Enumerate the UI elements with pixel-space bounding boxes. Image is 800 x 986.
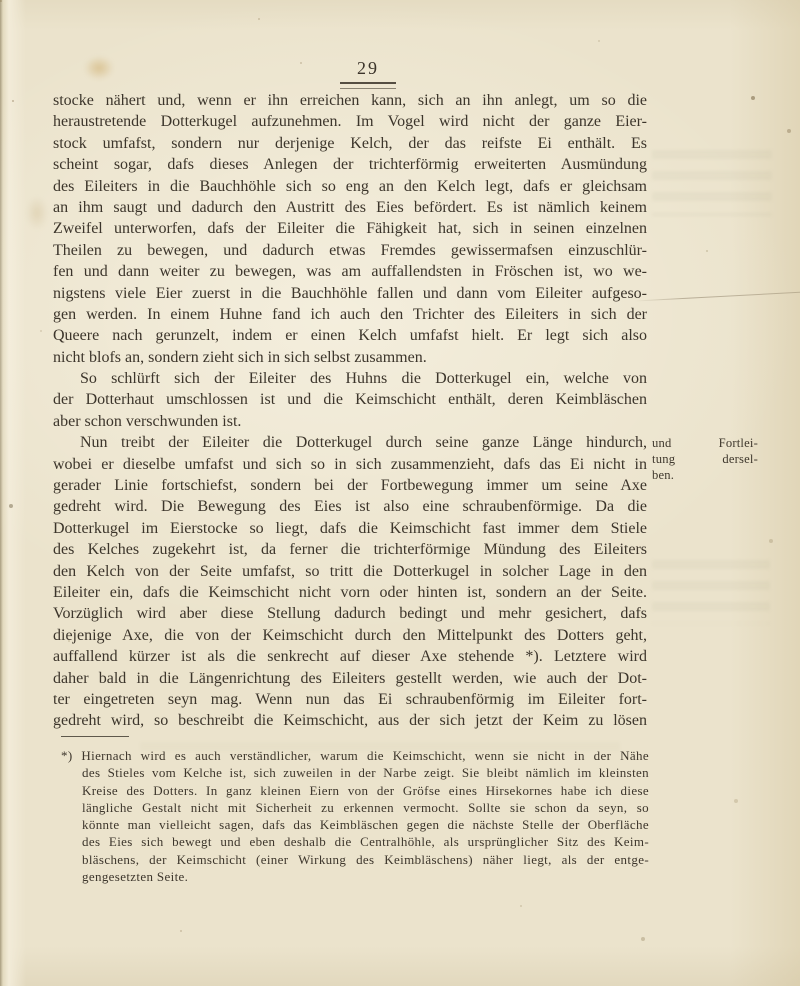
body-line: aber schon verschwunden ist. xyxy=(53,411,647,432)
body-text-column: stocke nähert und, wenn er ihn erreichen… xyxy=(53,90,647,732)
body-line: nicht blofs an, sondern zieht sich in si… xyxy=(53,347,647,368)
margin-note: und Fortlei- tung dersel- ben. xyxy=(652,436,758,483)
footnote: *) Hiernach wird es auch verständlicher,… xyxy=(61,747,649,885)
margin-note-line: tung dersel- xyxy=(652,452,758,468)
footnote-line: längliche Gestalt nicht mit Sicherheit z… xyxy=(61,799,649,816)
paper-stain xyxy=(26,196,48,230)
ink-showthrough xyxy=(652,560,770,624)
body-line: diejenige Axe, die von der Keimschicht d… xyxy=(53,625,647,646)
footnote-line: *) Hiernach wird es auch verständlicher,… xyxy=(61,747,649,764)
body-line: wobei er dieselbe umfafst und sich so in… xyxy=(53,454,647,475)
page-number-rule xyxy=(340,82,396,89)
scanned-page: { "colors": { "paper": "#ebe3cc", "ink":… xyxy=(0,0,800,986)
body-line: heraustretende Dotterkugel aufzunehmen. … xyxy=(53,111,647,132)
body-line: Theilen zu bewegen, und dadurch etwas Fr… xyxy=(53,240,647,261)
body-line: gen werden. In einem Huhne fand ich auch… xyxy=(53,304,647,325)
body-line: Eileiter ein, dafs die Keimschicht nicht… xyxy=(53,582,647,603)
footnote-line: bläschens, der Keimschicht (einer Wirkun… xyxy=(61,851,649,868)
body-line: ter eingetreten seyn mag. Wenn nun das E… xyxy=(53,689,647,710)
footnote-line: des Eies sich bewegt und eben deshalb di… xyxy=(61,833,649,850)
margin-note-line: ben. xyxy=(652,468,758,484)
ink-showthrough xyxy=(652,150,772,216)
body-line: Nun treibt der Eileiter die Dotterkugel … xyxy=(53,432,647,453)
margin-note-line: und Fortlei- xyxy=(652,436,758,452)
body-line: fen und dann weiter zu bewegen, was am a… xyxy=(53,261,647,282)
footnote-line: des Stieles vom Kelche ist, sich zuweile… xyxy=(61,764,649,781)
body-line: des Kelches zugekehrt ist, da ferner die… xyxy=(53,539,647,560)
body-line: stock umfafst, sondern nur derjenige Kel… xyxy=(53,133,647,154)
page-header: 29 xyxy=(328,58,408,89)
body-line: gedreht wird, so beschreibt die Keimschi… xyxy=(53,710,647,731)
body-line: an ihm saugt und dadurch den Austritt de… xyxy=(53,197,647,218)
body-line: daher bald in die Längenrichtung des Eil… xyxy=(53,668,647,689)
footnote-line: könnte man vielleicht sagen, dafs das Ke… xyxy=(61,816,649,833)
body-line: scheint sogar, dafs dieses Anlegen der t… xyxy=(53,154,647,175)
body-line: gedreht wird. Die Bewegung des Eies ist … xyxy=(53,496,647,517)
body-line: nigstens viele Eier zuerst in die Bauchh… xyxy=(53,283,647,304)
paper-specks xyxy=(0,0,2,2)
footnote-separator xyxy=(61,736,129,737)
body-line: auffallend kürzer ist als die senkrecht … xyxy=(53,646,647,667)
body-line: Queere nach gerunzelt, indem er einen Ke… xyxy=(53,325,647,346)
body-line: Dotterkugel im Eierstocke so liegt, dafs… xyxy=(53,518,647,539)
body-line: des Eileiters in die Bauchhöhle sich so … xyxy=(53,176,647,197)
footnote-line: Kreise des Dotters. In ganz kleinen Eier… xyxy=(61,782,649,799)
body-line: gerader Linie fortschiefst, sondern bei … xyxy=(53,475,647,496)
body-line: stocke nähert und, wenn er ihn erreichen… xyxy=(53,90,647,111)
body-line: der Dotterhaut umschlossen ist und die K… xyxy=(53,389,647,410)
paper-crease-line xyxy=(634,291,800,301)
page-number: 29 xyxy=(328,58,408,78)
footnote-line: gengesetzten Seite. xyxy=(61,868,649,885)
body-line: Vorzüglich wird aber diese Stellung dadu… xyxy=(53,603,647,624)
body-line: den Kelch von der Seite umfafst, so trit… xyxy=(53,561,647,582)
paper-stain xyxy=(84,56,114,80)
body-line: Zweifel unterworfen, dafs der Eileiter d… xyxy=(53,218,647,239)
body-line: So schlürft sich der Eileiter des Huhns … xyxy=(53,368,647,389)
